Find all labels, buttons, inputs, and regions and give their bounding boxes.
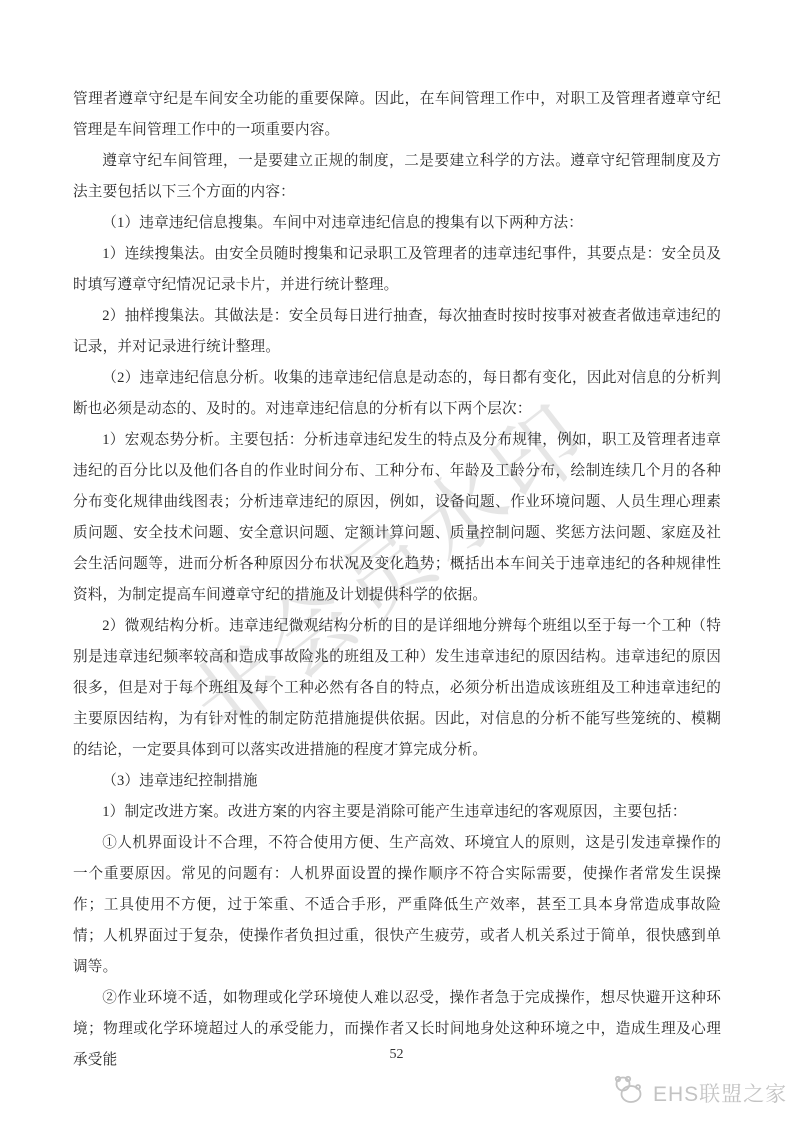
- paragraph: 遵章守纪车间管理，一是要建立正规的制度，二是要建立科学的方法。遵章守纪管理制度及…: [73, 146, 721, 208]
- document-page: 非会员水印 管理者遵章守纪是车间安全功能的重要保障。因此，在车间管理工作中，对职…: [0, 0, 793, 1122]
- paragraph: 1）宏观态势分析。主要包括：分析违章违纪发生的特点及分布规律，例如，职工及管理者…: [73, 425, 721, 611]
- paragraph: （1）违章违纪信息搜集。车间中对违章违纪信息的搜集有以下两种方法：: [73, 208, 721, 239]
- page-number: 52: [0, 1047, 793, 1063]
- paragraph: （2）违章违纪信息分析。收集的违章违纪信息是动态的，每日都有变化，因此对信息的分…: [73, 363, 721, 425]
- paragraph: ①人机界面设计不合理，不符合使用方便、生产高效、环境宜人的原则，这是引发违章操作…: [73, 828, 721, 983]
- paragraph: （3）违章违纪控制措施: [73, 766, 721, 797]
- panda-mascot-logo-icon: [612, 1074, 648, 1111]
- paragraph: 2）微观结构分析。违章违纪微观结构分析的目的是详细地分辨每个班组以至于每一个工种…: [73, 611, 721, 766]
- content-area: 管理者遵章守纪是车间安全功能的重要保障。因此，在车间管理工作中，对职工及管理者遵…: [73, 84, 721, 1076]
- paragraph: 管理者遵章守纪是车间安全功能的重要保障。因此，在车间管理工作中，对职工及管理者遵…: [73, 84, 721, 146]
- paragraph: 1）连续搜集法。由安全员随时搜集和记录职工及管理者的违章违纪事件，其要点是：安全…: [73, 239, 721, 301]
- paragraph: 2）抽样搜集法。其做法是：安全员每日进行抽查，每次抽查时按时按事对被查者做违章违…: [73, 301, 721, 363]
- brand-watermark: EHS联盟之家: [612, 1074, 787, 1111]
- brand-text: EHS联盟之家: [653, 1078, 787, 1108]
- paragraph: 1）制定改进方案。改进方案的内容主要是消除可能产生违章违纪的客观原因，主要包括：: [73, 797, 721, 828]
